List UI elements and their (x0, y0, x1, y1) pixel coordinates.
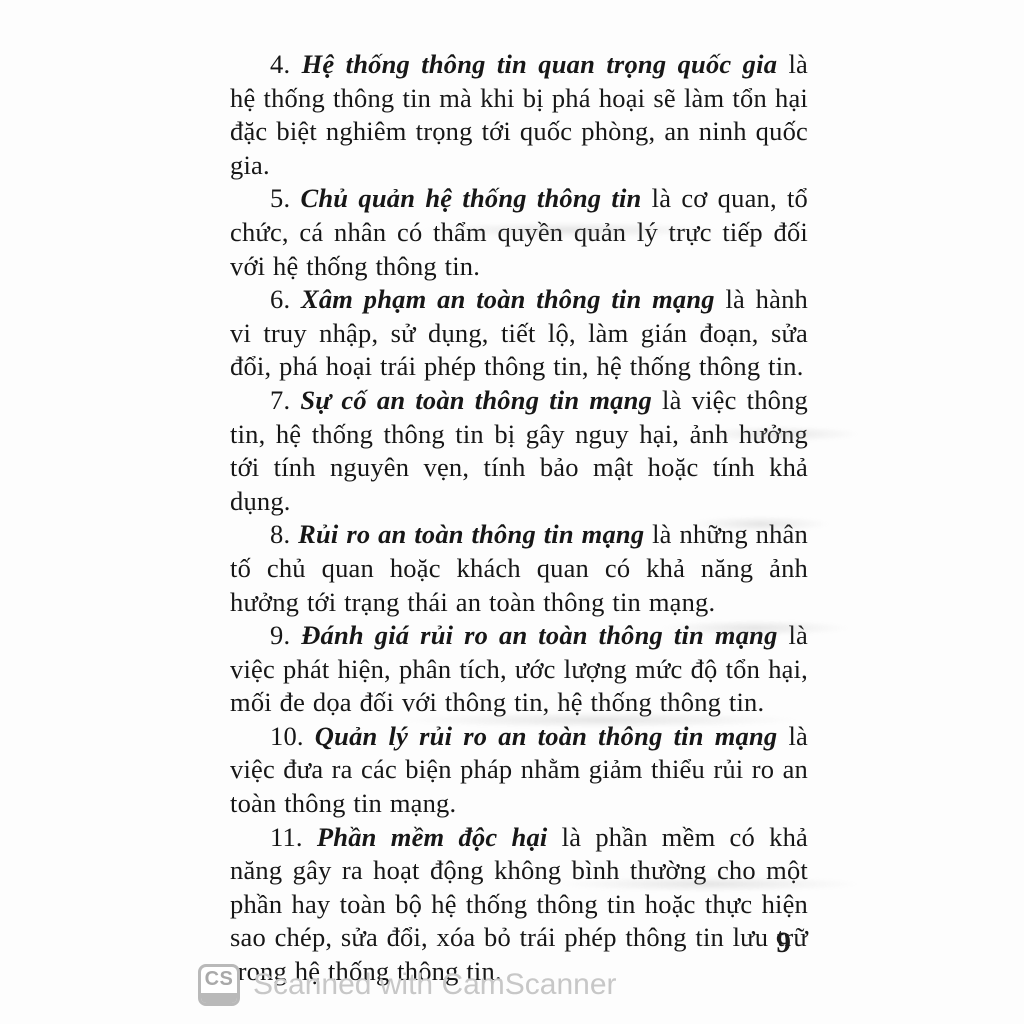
item-number: 11. (270, 822, 317, 852)
defined-term: Rủi ro an toàn thông tin mạng (298, 519, 644, 549)
defined-term: Sự cố an toàn thông tin mạng (300, 385, 652, 415)
camscanner-logo-bar (201, 993, 237, 1003)
camscanner-watermark: CS Scanned with CamScanner (198, 964, 617, 1006)
page-number: 9 (776, 926, 791, 960)
item-number: 7. (270, 385, 300, 415)
definition-item: 4. Hệ thống thông tin quan trọng quốc gi… (230, 48, 808, 182)
defined-term: Chủ quản hệ thống thông tin (300, 183, 641, 213)
defined-term: Xâm phạm an toàn thông tin mạng (301, 284, 715, 314)
scanned-page: 4. Hệ thống thông tin quan trọng quốc gi… (0, 0, 1024, 1024)
item-number: 5. (270, 183, 300, 213)
definition-item: 9. Đánh giá rủi ro an toàn thông tin mạn… (230, 619, 808, 720)
defined-term: Đánh giá rủi ro an toàn thông tin mạng (301, 620, 777, 650)
defined-term: Phần mềm độc hại (317, 822, 548, 852)
definition-item: 6. Xâm phạm an toàn thông tin mạng là hà… (230, 283, 808, 384)
defined-term: Quản lý rủi ro an toàn thông tin mạng (315, 721, 778, 751)
item-number: 6. (270, 284, 301, 314)
law-definitions-text: 4. Hệ thống thông tin quan trọng quốc gi… (230, 48, 808, 989)
definition-item: 5. Chủ quản hệ thống thông tin là cơ qua… (230, 182, 808, 283)
definition-item: 7. Sự cố an toàn thông tin mạng là việc … (230, 384, 808, 518)
camscanner-logo-letters: CS (201, 968, 237, 991)
camscanner-watermark-text: Scanned with CamScanner (253, 968, 617, 1002)
defined-term: Hệ thống thông tin quan trọng quốc gia (302, 49, 778, 79)
item-number: 8. (270, 519, 298, 549)
item-number: 4. (270, 49, 302, 79)
definition-item: 10. Quản lý rủi ro an toàn thông tin mạn… (230, 720, 808, 821)
camscanner-logo-icon: CS (198, 964, 240, 1006)
item-number: 10. (270, 721, 315, 751)
definition-item: 8. Rủi ro an toàn thông tin mạng là nhữn… (230, 518, 808, 619)
item-number: 9. (270, 620, 301, 650)
